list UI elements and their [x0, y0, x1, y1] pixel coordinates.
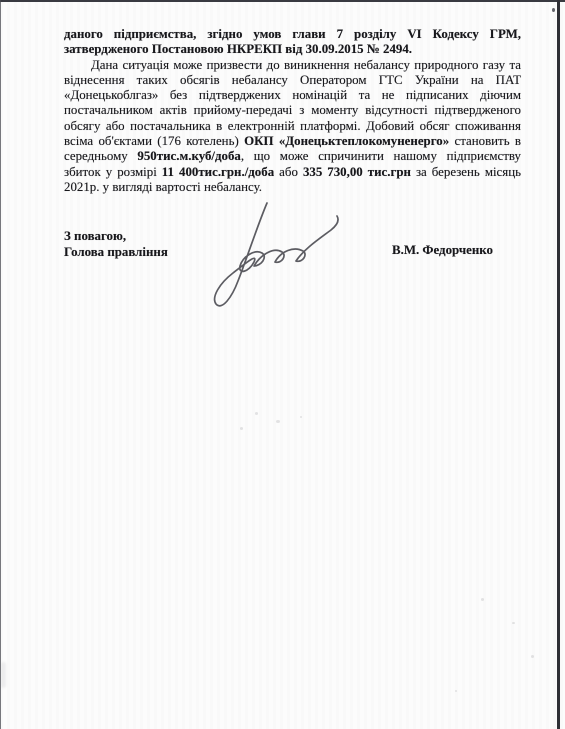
closing-left: З повагою, Голова правління — [64, 228, 168, 260]
body-text-run: або — [274, 165, 303, 179]
scan-speckle — [455, 690, 457, 692]
scan-speckle — [255, 412, 258, 415]
scan-speckle — [481, 598, 484, 601]
scan-speckle — [240, 427, 243, 430]
scan-speckle — [1, 662, 6, 688]
closing-position: Голова правління — [64, 244, 168, 260]
handwritten-signature-icon — [203, 200, 353, 318]
paragraph-imbalance-warning: Дана ситуація може призвести до виникнен… — [64, 58, 521, 196]
scan-speckle — [276, 420, 280, 423]
body-text-run-bold: 950тис.м.куб/доба — [137, 149, 240, 163]
closing-salutation: З повагою, — [64, 228, 168, 244]
scanned-letter-page: даного підприємства, згідно умов глави 7… — [0, 0, 565, 729]
scan-edge-top — [0, 0, 565, 2]
body-text-run-bold: ОКП «Донецьктеплокомуненерго» — [244, 134, 449, 148]
signer-name: В.М. Федорченко — [392, 243, 493, 260]
body-text-run-bold: 11 400тис.грн./доба — [162, 165, 274, 179]
scan-speckle — [300, 416, 302, 418]
scan-speckle — [512, 622, 515, 624]
scan-edge-left — [0, 0, 1, 729]
scan-edge-right — [557, 0, 560, 729]
scan-artifact-dot — [552, 8, 555, 12]
body-text-run-bold: 335 730,00 тис.грн — [303, 165, 411, 179]
scan-speckle — [531, 655, 534, 658]
paragraph-legal-basis: даного підприємства, згідно умов глави 7… — [64, 27, 521, 58]
